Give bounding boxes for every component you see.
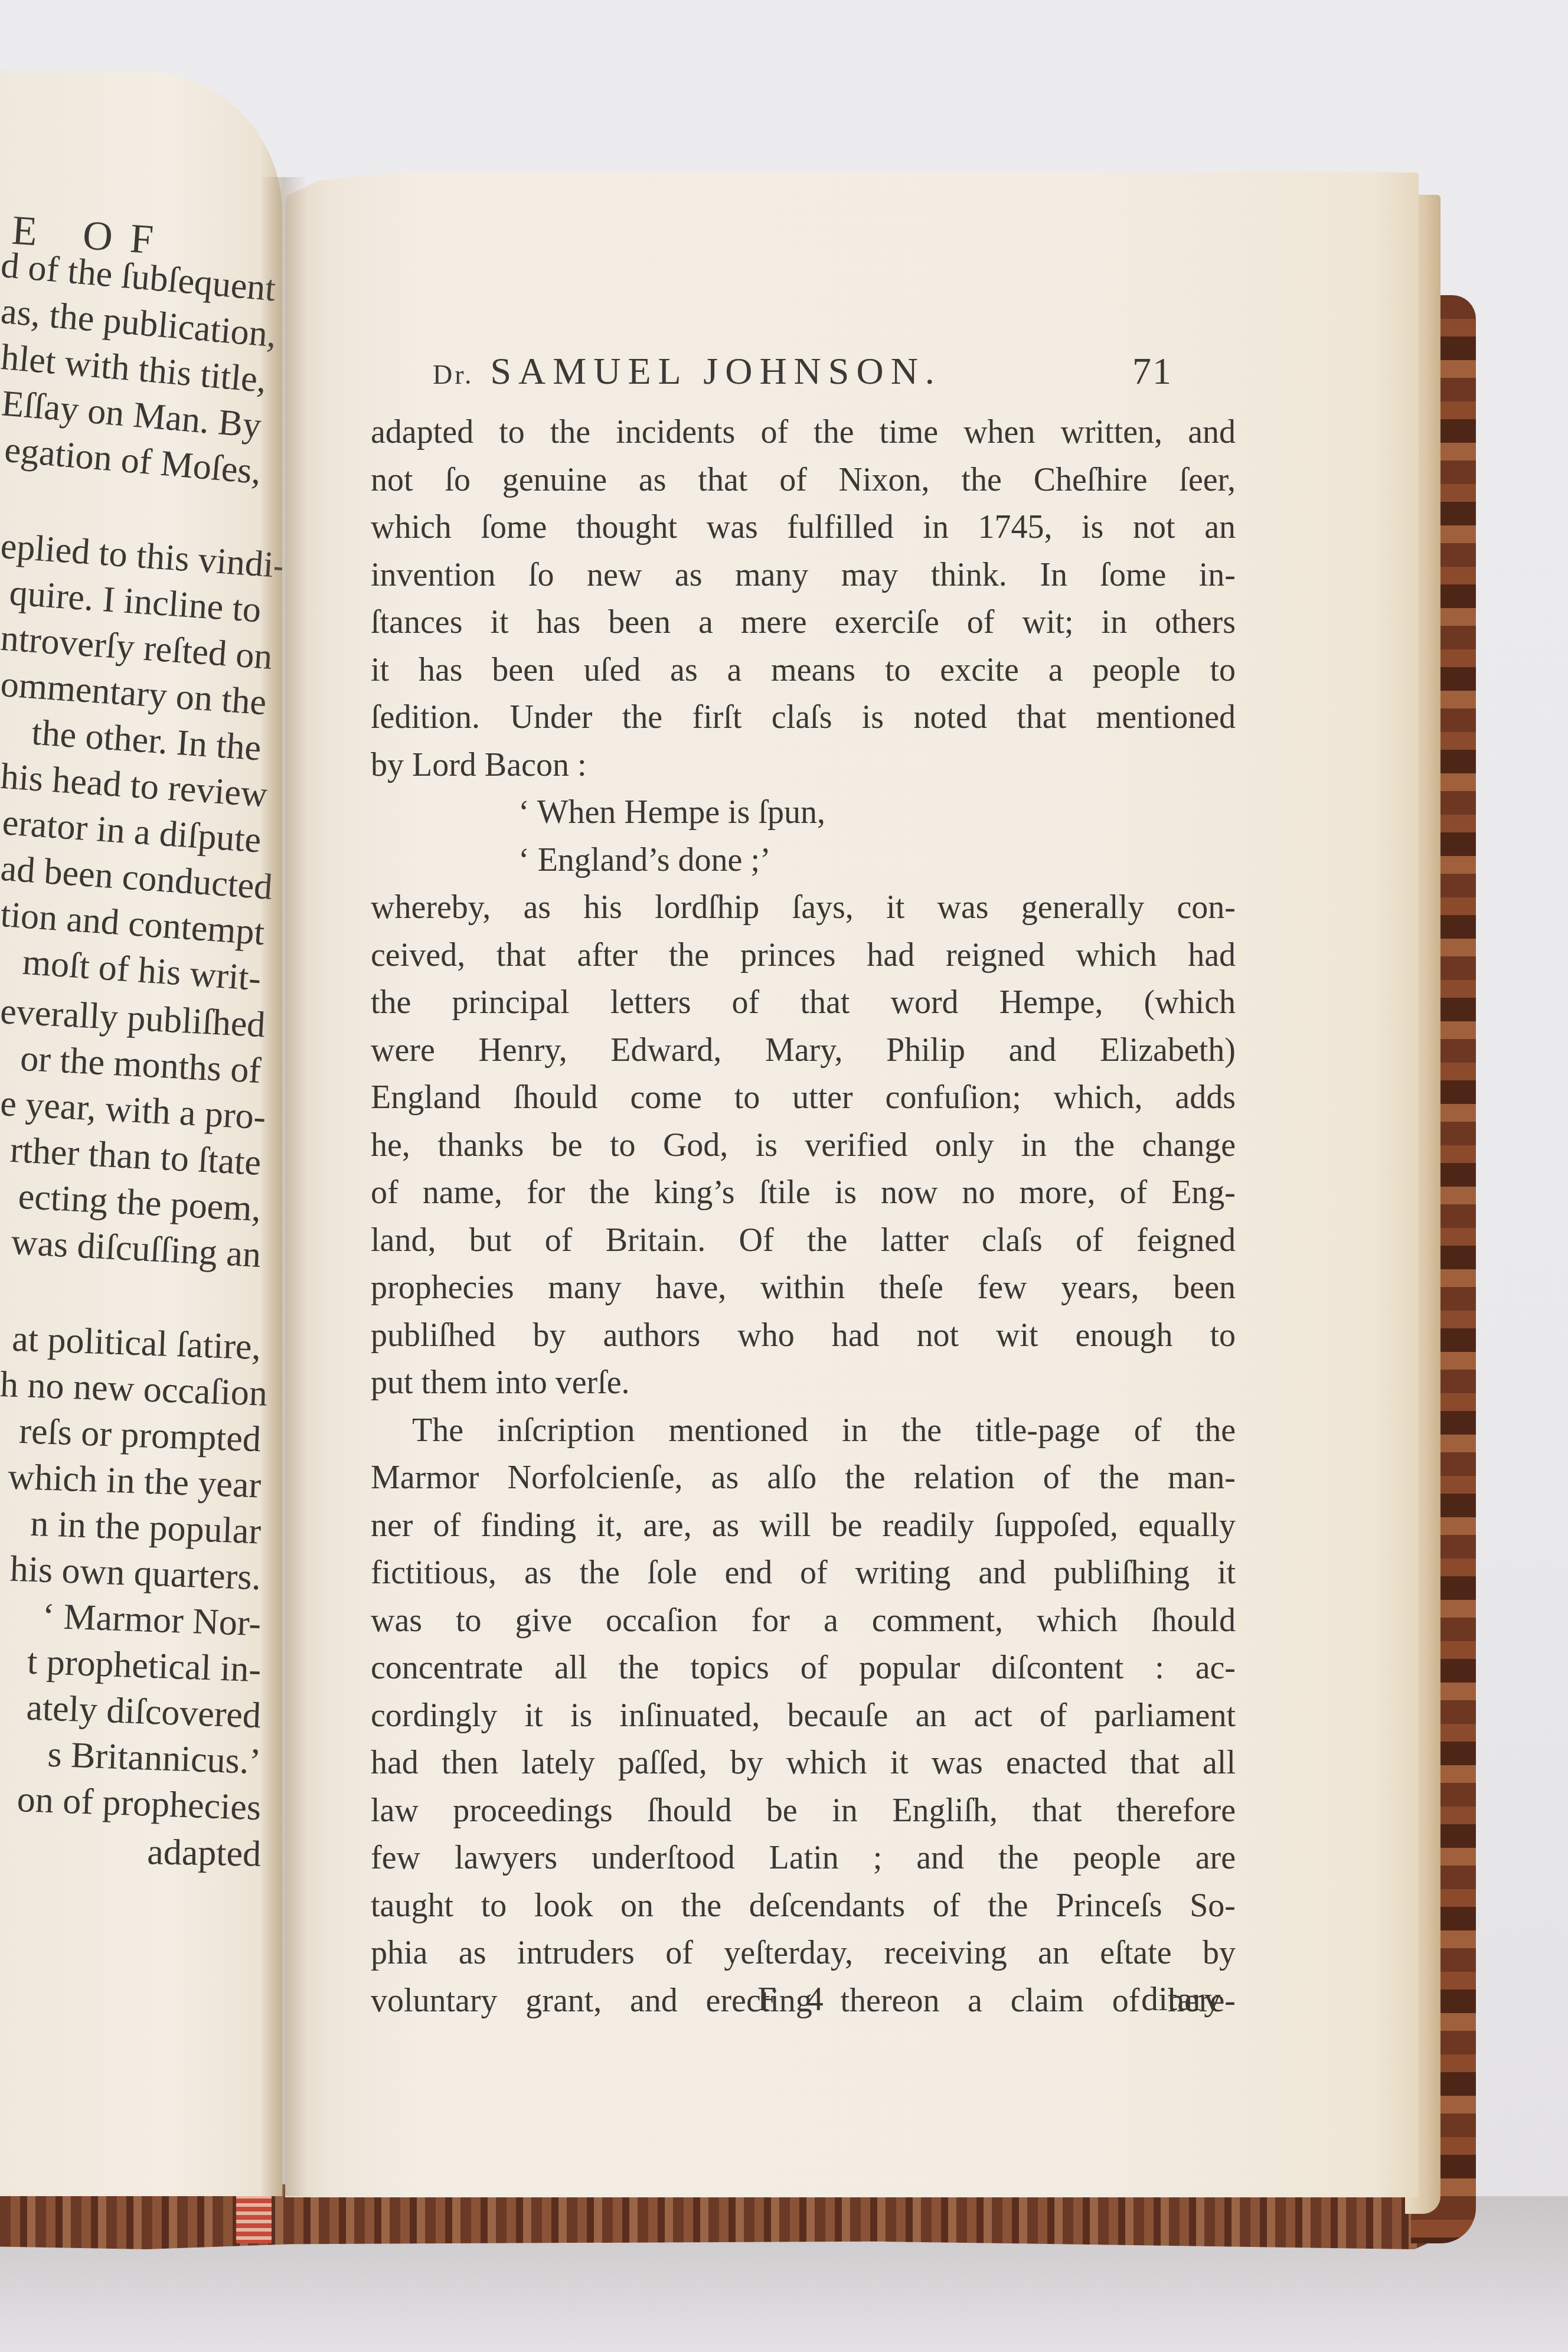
- text-line: by Lord Bacon :: [371, 741, 1236, 789]
- running-head-name: SAMUEL JOHNSON.: [491, 350, 942, 392]
- text-line: publiſhed by authors who had not wit eno…: [371, 1312, 1236, 1360]
- running-head: Dr. SAMUEL JOHNSON. 71: [285, 349, 1419, 409]
- verse-line: ‘ England’s done ;’: [371, 837, 1236, 884]
- text-line: the principal letters of that word Hempe…: [371, 979, 1236, 1027]
- text-line: law proceedings ſhould be in Engliſh, th…: [371, 1787, 1236, 1835]
- text-line: prophecies many have, within theſe few y…: [371, 1264, 1236, 1312]
- text-line: of name, for the king’s ſtile is now no …: [371, 1169, 1236, 1217]
- left-page: E OF d of the ſubſequent as, the publica…: [0, 71, 282, 2196]
- text-line: were Henry, Edward, Mary, Philip and Eli…: [371, 1027, 1236, 1074]
- text-line: land, but of Britain. Of the latter claſ…: [371, 1217, 1236, 1265]
- headband: [236, 2190, 272, 2243]
- text-line: concentrate all the topics of popular di…: [371, 1644, 1236, 1692]
- text-line: taught to look on the deſcendants of the…: [371, 1882, 1236, 1930]
- signature-mark: F 4: [757, 1979, 834, 2018]
- running-head-prefix: Dr.: [433, 360, 474, 390]
- text-line: England ſhould come to utter confuſion; …: [371, 1074, 1236, 1122]
- right-page: Dr. SAMUEL JOHNSON. 71 adapted to the in…: [285, 172, 1419, 2197]
- text-line: invention ſo new as many may think. In ſ…: [371, 551, 1236, 599]
- text-line: ner of finding it, are, as will be readi…: [371, 1502, 1236, 1550]
- page-body-text: adapted to the incidents of the time whe…: [371, 409, 1236, 2024]
- text-line: adapted to the incidents of the time whe…: [371, 409, 1236, 456]
- text-line: fictitious, as the ſole end of writing a…: [371, 1549, 1236, 1597]
- catchword: ditary: [1141, 1979, 1221, 2018]
- text-line: he, thanks be to God, is verified only i…: [371, 1122, 1236, 1170]
- page-footer: F 4 ditary: [285, 1979, 1419, 2032]
- text-line: The inſcription mentioned in the title-p…: [371, 1407, 1236, 1455]
- left-page-body-text: d of the ſubſequent as, the publication,…: [0, 266, 272, 1877]
- text-line: whereby, as his lordſhip ſays, it was ge…: [371, 884, 1236, 932]
- verse-line: ‘ When Hempe is ſpun,: [371, 789, 1236, 837]
- text-line: Marmor Norfolcienſe, as alſo the relatio…: [371, 1454, 1236, 1502]
- page-number: 71: [1132, 349, 1172, 393]
- text-line: ſedition. Under the firſt claſs is noted…: [371, 694, 1236, 741]
- text-line: phia as intruders of yeſterday, receivin…: [371, 1929, 1236, 1977]
- text-line: cordingly it is inſinuated, becauſe an a…: [371, 1692, 1236, 1740]
- text-line: put them into verſe.: [371, 1359, 1236, 1407]
- gutter-shadow: [260, 177, 307, 2196]
- catchword: adapted: [0, 1827, 272, 1877]
- text-line: which ſome thought was fulfilled in 1745…: [371, 504, 1236, 551]
- running-head-title: Dr. SAMUEL JOHNSON.: [433, 349, 942, 393]
- text-line: it has been uſed as a means to excite a …: [371, 646, 1236, 694]
- text-line: ceived, that after the princes had reign…: [371, 932, 1236, 979]
- text-line: on of prophecies: [0, 1776, 272, 1831]
- text-line: had then lately paſſed, by which it was …: [371, 1739, 1236, 1787]
- text-line: was to give occaſion for a comment, whic…: [371, 1597, 1236, 1645]
- text-line: few lawyers underſtood Latin ; and the p…: [371, 1834, 1236, 1882]
- text-line: not ſo genuine as that of Nixon, the Che…: [371, 456, 1236, 504]
- text-line: ſtances it has been a mere exerciſe of w…: [371, 599, 1236, 646]
